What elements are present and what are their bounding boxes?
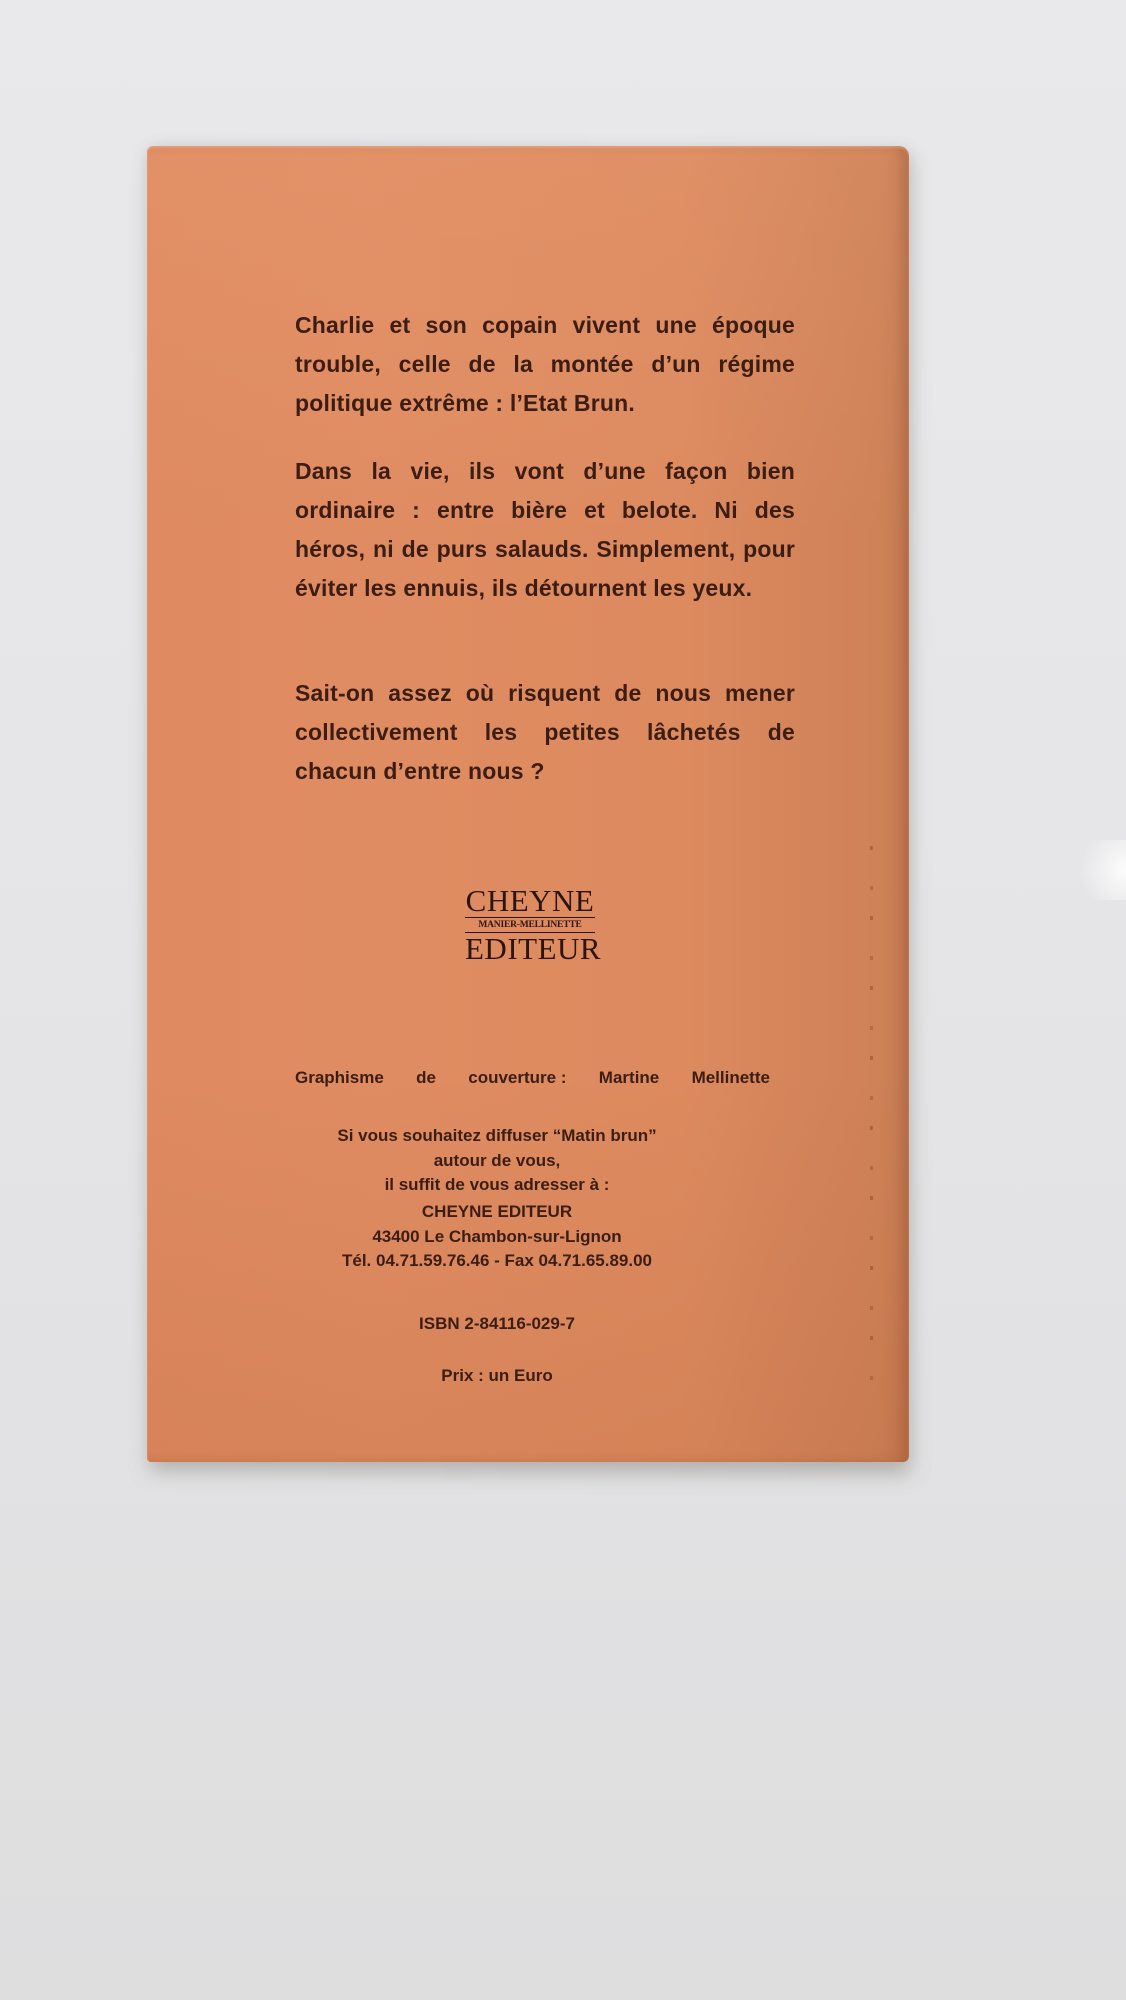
logo-bottom: EDITEUR [465,934,595,964]
credit-word: de [416,1068,436,1088]
address-line: 43400 Le Chambon-sur-Lignon [247,1225,747,1250]
credit-word: couverture : [468,1068,566,1088]
logo-top: CHEYNE [465,886,595,916]
distribution-line: Si vous souhaitez diffuser “Matin brun” [247,1124,747,1149]
publisher-logo: CHEYNE MANIER-MELLINETTE EDITEUR [465,886,595,964]
logo-middle: MANIER-MELLINETTE [465,919,595,931]
cover-design-credit: Graphisme de couverture : Martine Mellin… [295,1068,770,1088]
credit-word: Mellinette [692,1068,770,1088]
address-line: Tél. 04.71.59.76.46 - Fax 04.71.65.89.00 [247,1249,747,1274]
address-line: CHEYNE EDITEUR [247,1200,747,1225]
publisher-address: CHEYNE EDITEUR 43400 Le Chambon-sur-Lign… [247,1200,747,1274]
blurb-paragraph-1: Charlie et son copain vivent une époque … [295,306,795,423]
distribution-line: il suffit de vous adresser à : [247,1173,747,1198]
book-back-cover: Charlie et son copain vivent une époque … [147,146,909,1462]
blurb-paragraph-3: Sait-on assez où risquent de nous mener … [295,674,795,791]
isbn: ISBN 2-84116-029-7 [247,1312,747,1337]
light-glare [1066,840,1126,900]
blurb-paragraph-2: Dans la vie, ils vont d’une façon bien o… [295,452,795,608]
credit-word: Martine [599,1068,659,1088]
distribution-line: autour de vous, [247,1149,747,1174]
price: Prix : un Euro [247,1364,747,1389]
credit-word: Graphisme [295,1068,384,1088]
distribution-note: Si vous souhaitez diffuser “Matin brun” … [247,1124,747,1198]
